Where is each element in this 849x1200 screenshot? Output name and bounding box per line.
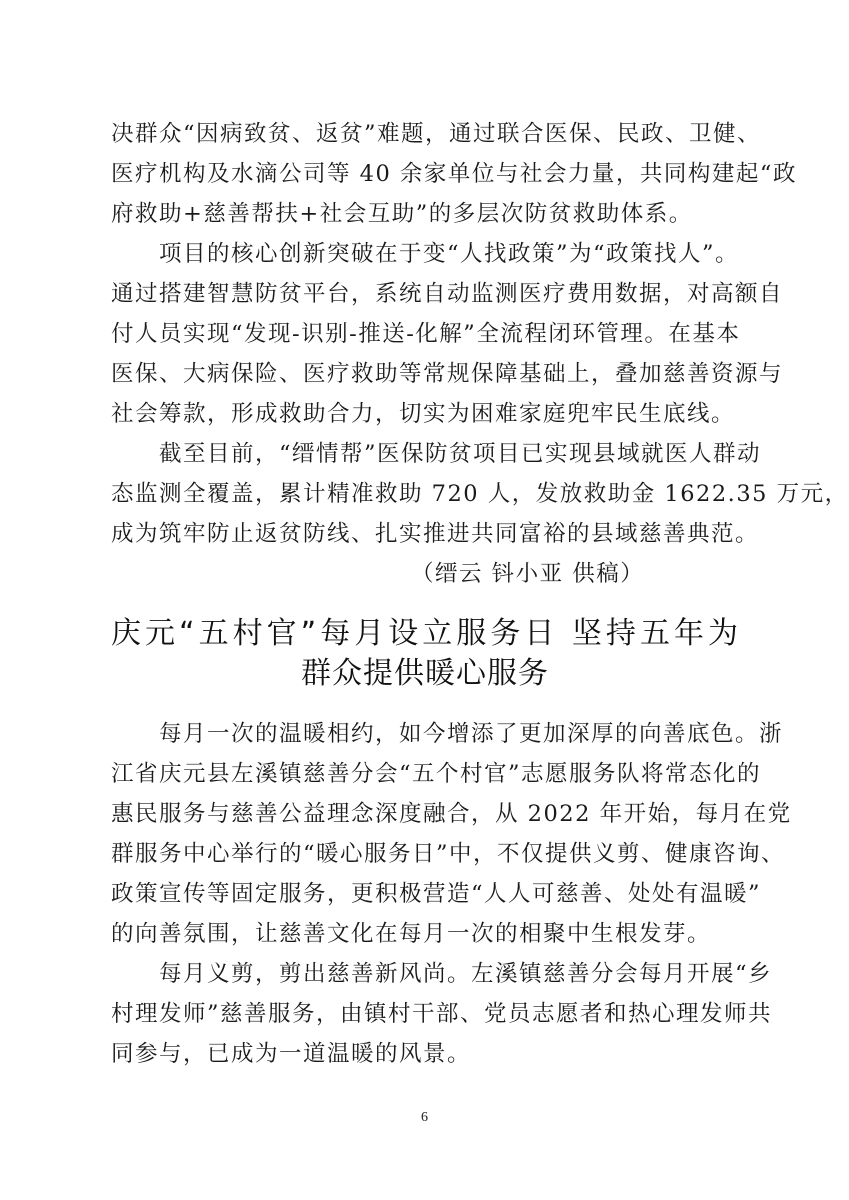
text-line: 社会筹款，形成救助合力，切实为困难家庭兜牢民生底线。 — [111, 394, 739, 434]
article-2-paragraph-1: 每月一次的温暖相约，如今增添了更加深厚的向善底色。浙 江省庆元县左溪镇慈善分会“… — [111, 714, 739, 954]
text-line: 医疗机构及水滴公司等 40 余家单位与社会力量，共同构建起“政 — [111, 154, 739, 194]
text-line: 的向善氛围，让慈善文化在每月一次的相聚中生根发芽。 — [111, 914, 739, 954]
text-line: 付人员实现“发现-识别-推送-化解”全流程闭环管理。在基本 — [111, 314, 739, 354]
article-1-paragraph-2: 项目的核心创新突破在于变“人找政策”为“政策找人”。 通过搭建智慧防贫平台，系统… — [111, 234, 739, 434]
text-line: 态监测全覆盖，累计精准救助 720 人，发放救助金 1622.35 万元， — [111, 474, 739, 514]
article-2: 庆元“五村官”每月设立服务日 坚持五年为 群众提供暖心服务 每月一次的温暖相约，… — [111, 614, 739, 1074]
text-line: 决群众“因病致贫、返贫”难题，通过联合医保、民政、卫健、 — [111, 114, 739, 154]
title-line: 庆元“五村官”每月设立服务日 坚持五年为 — [111, 614, 739, 654]
article-1: 决群众“因病致贫、返贫”难题，通过联合医保、民政、卫健、 医疗机构及水滴公司等 … — [111, 114, 739, 594]
text-line: 项目的核心创新突破在于变“人找政策”为“政策找人”。 — [111, 234, 739, 274]
text-line: 江省庆元县左溪镇慈善分会“五个村官”志愿服务队将常态化的 — [111, 754, 739, 794]
text-line: 惠民服务与慈善公益理念深度融合，从 2022 年开始，每月在党 — [111, 794, 739, 834]
text-line: 通过搭建智慧防贫平台，系统自动监测医疗费用数据，对高额自 — [111, 274, 739, 314]
article-1-paragraph-1: 决群众“因病致贫、返贫”难题，通过联合医保、民政、卫健、 医疗机构及水滴公司等 … — [111, 114, 739, 234]
article-1-paragraph-3: 截至目前，“缙情帮”医保防贫项目已实现县域就医人群动 态监测全覆盖，累计精准救助… — [111, 434, 739, 554]
text-line: 每月一次的温暖相约，如今增添了更加深厚的向善底色。浙 — [111, 714, 739, 754]
text-line: 每月义剪，剪出慈善新风尚。左溪镇慈善分会每月开展“乡 — [111, 954, 739, 994]
document-page: 决群众“因病致贫、返贫”难题，通过联合医保、民政、卫健、 医疗机构及水滴公司等 … — [0, 0, 849, 1200]
text-line: 群服务中心举行的“暖心服务日”中，不仅提供义剪、健康咨询、 — [111, 834, 739, 874]
text-line: 府救助+慈善帮扶+社会互助”的多层次防贫救助体系。 — [111, 194, 739, 234]
article-title: 庆元“五村官”每月设立服务日 坚持五年为 群众提供暖心服务 — [111, 614, 739, 694]
article-byline: （缙云 钭小亚 供稿） — [111, 554, 739, 594]
text-line: 政策宣传等固定服务，更积极营造“人人可慈善、处处有温暖” — [111, 874, 739, 914]
page-content: 决群众“因病致贫、返贫”难题，通过联合医保、民政、卫健、 医疗机构及水滴公司等 … — [111, 114, 739, 1074]
article-2-paragraph-2: 每月义剪，剪出慈善新风尚。左溪镇慈善分会每月开展“乡 村理发师”慈善服务，由镇村… — [111, 954, 739, 1074]
text-line: 村理发师”慈善服务，由镇村干部、党员志愿者和热心理发师共 — [111, 994, 739, 1034]
text-line: 成为筑牢防止返贫防线、扎实推进共同富裕的县域慈善典范。 — [111, 514, 739, 554]
text-line: 截至目前，“缙情帮”医保防贫项目已实现县域就医人群动 — [111, 434, 739, 474]
title-line: 群众提供暖心服务 — [111, 654, 739, 694]
text-line: 医保、大病保险、医疗救助等常规保障基础上，叠加慈善资源与 — [111, 354, 739, 394]
text-line: 同参与，已成为一道温暖的风景。 — [111, 1034, 739, 1074]
page-number: 6 — [0, 1110, 849, 1126]
